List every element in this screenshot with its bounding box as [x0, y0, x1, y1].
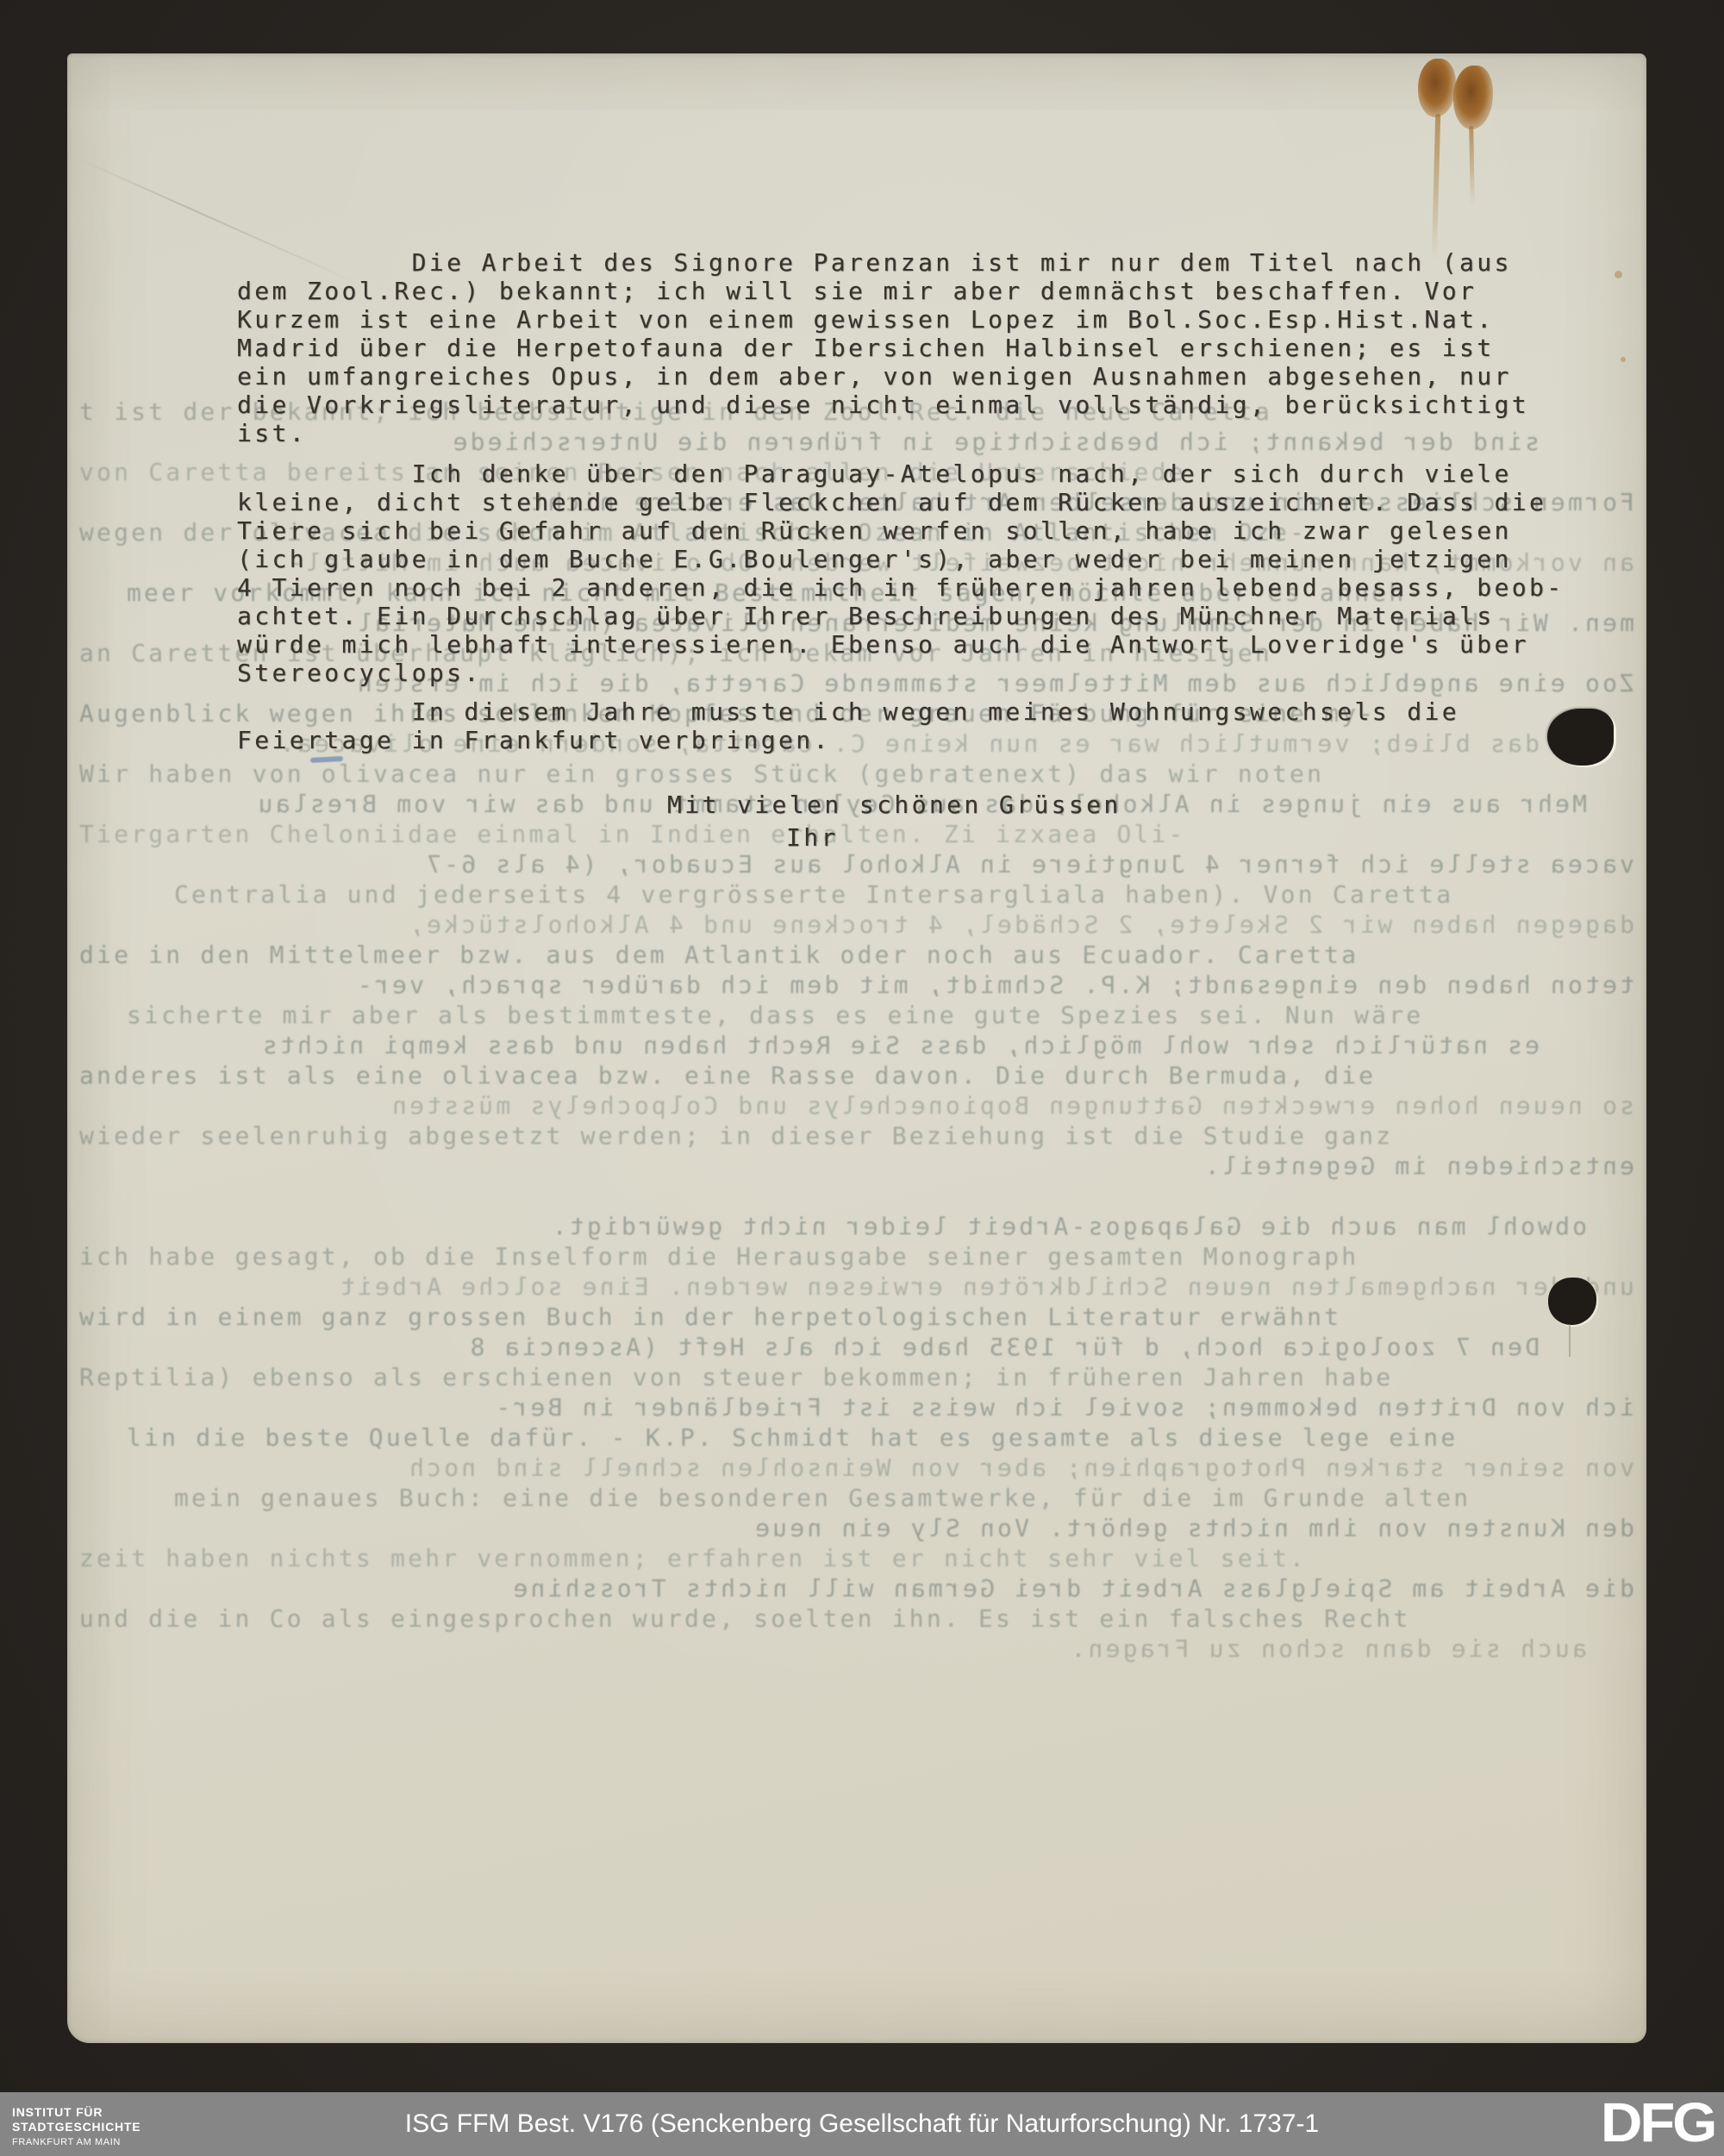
- bleed-through-line: Reptilia) ebenso als erschienen von steu…: [79, 1362, 1634, 1392]
- rust-stain: [1418, 59, 1456, 117]
- typed-line: Stereocyclops.: [237, 659, 1616, 687]
- archive-caption-bar: INSTITUT FÜR STADTGESCHICHTE FRANKFURT A…: [0, 2092, 1724, 2156]
- rust-stain-drip: [1432, 114, 1440, 260]
- bleed-through-line: Den 7 zoologica hoch, d für 1935 habe ic…: [79, 1332, 1634, 1362]
- typed-line: würde mich lebhaft interessieren. Ebenso…: [237, 630, 1616, 659]
- bleed-through-line: wird in einem ganz grossen Buch in der h…: [79, 1302, 1634, 1332]
- bleed-through-line: sicherte mir aber als bestimmteste, dass…: [79, 1000, 1634, 1030]
- bleed-through-line: es natürlich sehr wohl möglich, dass Sie…: [79, 1030, 1634, 1060]
- typed-line: ist.: [237, 419, 1616, 447]
- bleed-through-line: teton haben den eingesandt; K.P. Schmidt…: [79, 970, 1634, 1000]
- typed-line: Ich denke über den Paraguay-Atelopus nac…: [237, 459, 1616, 488]
- bleed-through-line: ich habe gesagt, ob die Inselform die He…: [79, 1241, 1634, 1272]
- closing-salutation: Mit vielen schönen Grüssen: [237, 791, 1616, 819]
- closing-signature: Ihr: [237, 823, 1616, 852]
- bleed-through-line: [79, 1181, 1634, 1211]
- letter-body: Die Arbeit des Signore Parenzan ist mir …: [237, 248, 1616, 852]
- bleed-through-line: entschieden im Gegenteil.: [79, 1151, 1634, 1181]
- typed-line: Kurzem ist eine Arbeit von einem gewisse…: [237, 305, 1616, 334]
- bleed-through-line: den Kunsten von ihm nichts gehört. Von S…: [79, 1513, 1634, 1543]
- bleed-through-line: zeit haben nichts mehr vernommen; erfahr…: [79, 1543, 1634, 1573]
- bleed-through-line: vacea stelle ich ferner 4 Jungtiere in A…: [79, 849, 1634, 879]
- bleed-through-line: wieder seelenruhig abgesetzt werden; in …: [79, 1121, 1634, 1151]
- archive-reference: ISG FFM Best. V176 (Senckenberg Gesellsc…: [0, 2109, 1724, 2139]
- paragraph-1: Die Arbeit des Signore Parenzan ist mir …: [237, 248, 1616, 447]
- typed-line: achtet. Ein Durchschlag über Ihrer Besch…: [237, 602, 1616, 630]
- bleed-through-line: obwohl man auch die Galapagos-Arbeit lei…: [79, 1211, 1634, 1241]
- bleed-through-line: so neuen hohen erweckten Gattungen Bopio…: [79, 1090, 1634, 1121]
- bleed-through-line: die Arbeit am Spielglass Arbeit drei Ger…: [79, 1573, 1634, 1603]
- typed-line: kleine, dicht stehende gelbe Fleckchen a…: [237, 488, 1616, 516]
- typed-line: Die Arbeit des Signore Parenzan ist mir …: [237, 248, 1616, 277]
- dfg-logo: DFG: [1601, 2090, 1715, 2154]
- paragraph-2: Ich denke über den Paraguay-Atelopus nac…: [237, 459, 1616, 687]
- rust-stain: [1453, 66, 1493, 129]
- typed-line: Feiertage in Frankfurt verbringen.: [237, 726, 1616, 754]
- paragraph-3: In diesem Jahre musste ich wegen meines …: [237, 697, 1616, 754]
- typed-line: die Vorkriegsliteratur, und diese nicht …: [237, 391, 1616, 419]
- bleed-through-line: anderes ist als eine olivacea bzw. eine …: [79, 1060, 1634, 1090]
- typed-line: dem Zool.Rec.) bekannt; ich will sie mir…: [237, 277, 1616, 305]
- stain-speck: [1621, 357, 1626, 362]
- letter-page-scan: t ist der bekannt; ich beabsichtige in d…: [67, 53, 1646, 2043]
- bleed-through-line: ich von Dritten bekommen; soviel ich wei…: [79, 1392, 1634, 1422]
- punch-hole: [1547, 709, 1614, 766]
- typed-line: (ich glaube in dem Buche E.G.Boulenger's…: [237, 545, 1616, 573]
- bleed-through-line: dagegen haben wir 2 Skelete, 2 Schädel, …: [79, 909, 1634, 940]
- bleed-through-line: und der nachgemalten neuen Schildkröten …: [79, 1272, 1634, 1302]
- bleed-through-line: Centralia und jederseits 4 vergrösserte …: [79, 879, 1634, 909]
- stain-speck: [1615, 271, 1622, 278]
- typed-line: 4 Tieren noch bei 2 anderen, die ich in …: [237, 573, 1616, 602]
- bleed-through-line: auch sie dann schon zu Fragen.: [79, 1634, 1634, 1664]
- bleed-through-line: mein genaues Buch: eine die besonderen G…: [79, 1483, 1634, 1513]
- bleed-through-line: die in den Mittelmeer bzw. aus dem Atlan…: [79, 940, 1634, 970]
- typed-line: Madrid über die Herpetofauna der Ibersic…: [237, 334, 1616, 362]
- bleed-through-line: und die in Co als eingesprochen wurde, s…: [79, 1603, 1634, 1634]
- rust-stain-drip: [1469, 126, 1475, 205]
- typed-line: Tiere sich bei Gefahr auf den Rücken wer…: [237, 516, 1616, 545]
- typed-line: ein umfangreiches Opus, in dem aber, von…: [237, 362, 1616, 391]
- bleed-through-line: von seiner starken Photographien; aber v…: [79, 1453, 1634, 1483]
- typed-line: In diesem Jahre musste ich wegen meines …: [237, 697, 1616, 726]
- bleed-through-line: lin die beste Quelle dafür. - K.P. Schmi…: [79, 1422, 1634, 1453]
